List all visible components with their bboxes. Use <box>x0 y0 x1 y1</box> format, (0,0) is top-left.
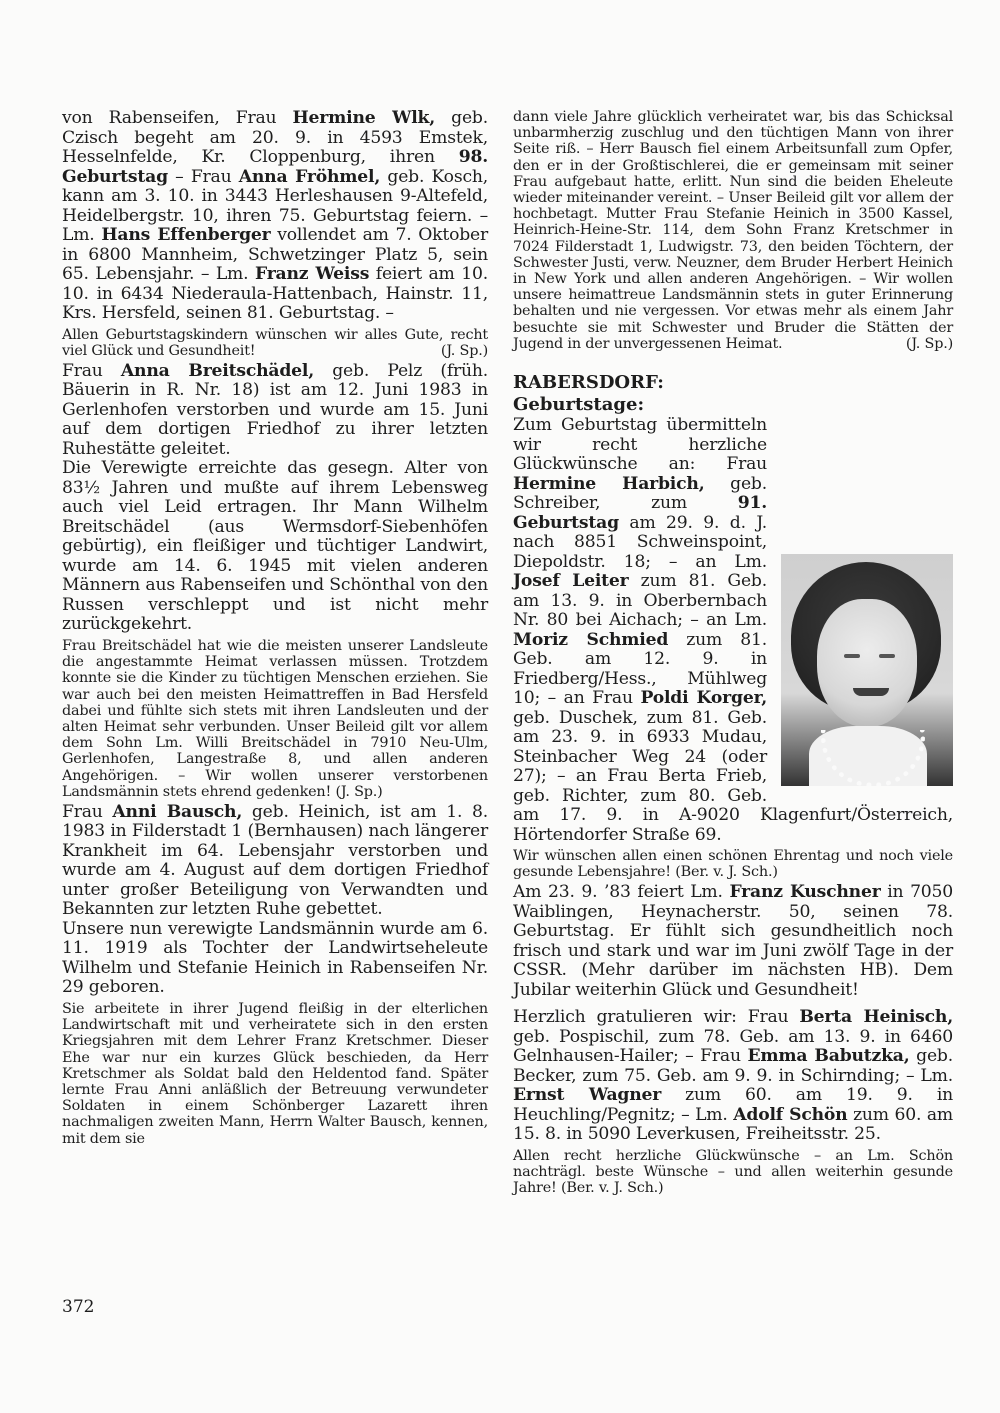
signature: (J. Sp.) <box>906 336 953 352</box>
birthday-wishes-paragraph: Allen Geburtstagskindern wünschen wir al… <box>62 327 488 359</box>
person-name: Ernst Wagner <box>513 1085 661 1105</box>
portrait-photo <box>781 554 953 786</box>
person-name: Emma Babutzka, <box>747 1046 909 1066</box>
obituary-breitschaedel-condolence-paragraph: Frau Breitschädel hat wie die meisten un… <box>62 638 488 800</box>
page-number: 372 <box>62 1297 94 1317</box>
right-column: dann viele Jahre glücklich verheiratet w… <box>513 109 953 1197</box>
obituary-bausch-birth-paragraph: Unsere nun verewigte Landsmännin wurde a… <box>62 920 488 998</box>
birthday-list-paragraph: Zum Geburtstag übermitteln wir recht her… <box>513 416 953 845</box>
section-heading-rabersdorf: RABERSDORF: <box>513 372 953 394</box>
person-name: Moriz Schmied <box>513 630 668 650</box>
kuschner-birthday-paragraph: Am 23. 9. ’83 feiert Lm. Franz Kuschner … <box>513 883 953 1000</box>
congratulations-paragraph: Herzlich gratulieren wir: Frau Berta Hei… <box>513 1008 953 1145</box>
birthday-wishes-paragraph: Wir wünschen allen einen schönen Ehrenta… <box>513 848 953 880</box>
person-name: Franz Weiss <box>255 264 369 284</box>
person-name: Adolf Schön <box>733 1105 847 1125</box>
closing-wishes-paragraph: Allen recht herzliche Glückwünsche – an … <box>513 1148 953 1197</box>
subheading-birthdays: Geburtstage: <box>513 394 953 416</box>
person-name: Anna Breitschädel, <box>121 361 314 381</box>
person-name: Berta Heinisch, <box>799 1007 953 1027</box>
obituary-bausch-continued-paragraph: dann viele Jahre glücklich verheiratet w… <box>513 109 953 352</box>
person-name: Hermine Harbich, <box>513 474 704 494</box>
left-column: von Rabenseifen, Frau Hermine Wlk, geb. … <box>62 109 488 1147</box>
person-name: Josef Leiter <box>513 571 629 591</box>
person-name: Anni Bausch, <box>112 802 242 822</box>
person-name: Hermine Wlk, <box>293 108 436 128</box>
person-name: Hans Effenberger <box>101 225 270 245</box>
signature: (J. Sp.) <box>441 343 488 359</box>
obituary-breitschaedel-life-paragraph: Die Verewigte erreichte das gesegn. Alte… <box>62 459 488 635</box>
birthday-announcements-paragraph: von Rabenseifen, Frau Hermine Wlk, geb. … <box>62 109 488 324</box>
person-name: Poldi Korger, <box>640 688 767 708</box>
person-name: Anna Fröhmel, <box>239 167 380 187</box>
obituary-breitschaedel-paragraph: Frau Anna Breitschädel, geb. Pelz (früh.… <box>62 362 488 460</box>
obituary-bausch-paragraph: Frau Anni Bausch, geb. Heinich, ist am 1… <box>62 803 488 920</box>
obituary-bausch-life-paragraph: Sie arbeitete in ihrer Jugend fleißig in… <box>62 1001 488 1147</box>
photo-wrapper: Zum Geburtstag übermitteln wir recht her… <box>513 416 953 845</box>
person-name: Franz Kuschner <box>729 882 880 902</box>
person-name: 91. Geburtstag <box>513 493 767 533</box>
